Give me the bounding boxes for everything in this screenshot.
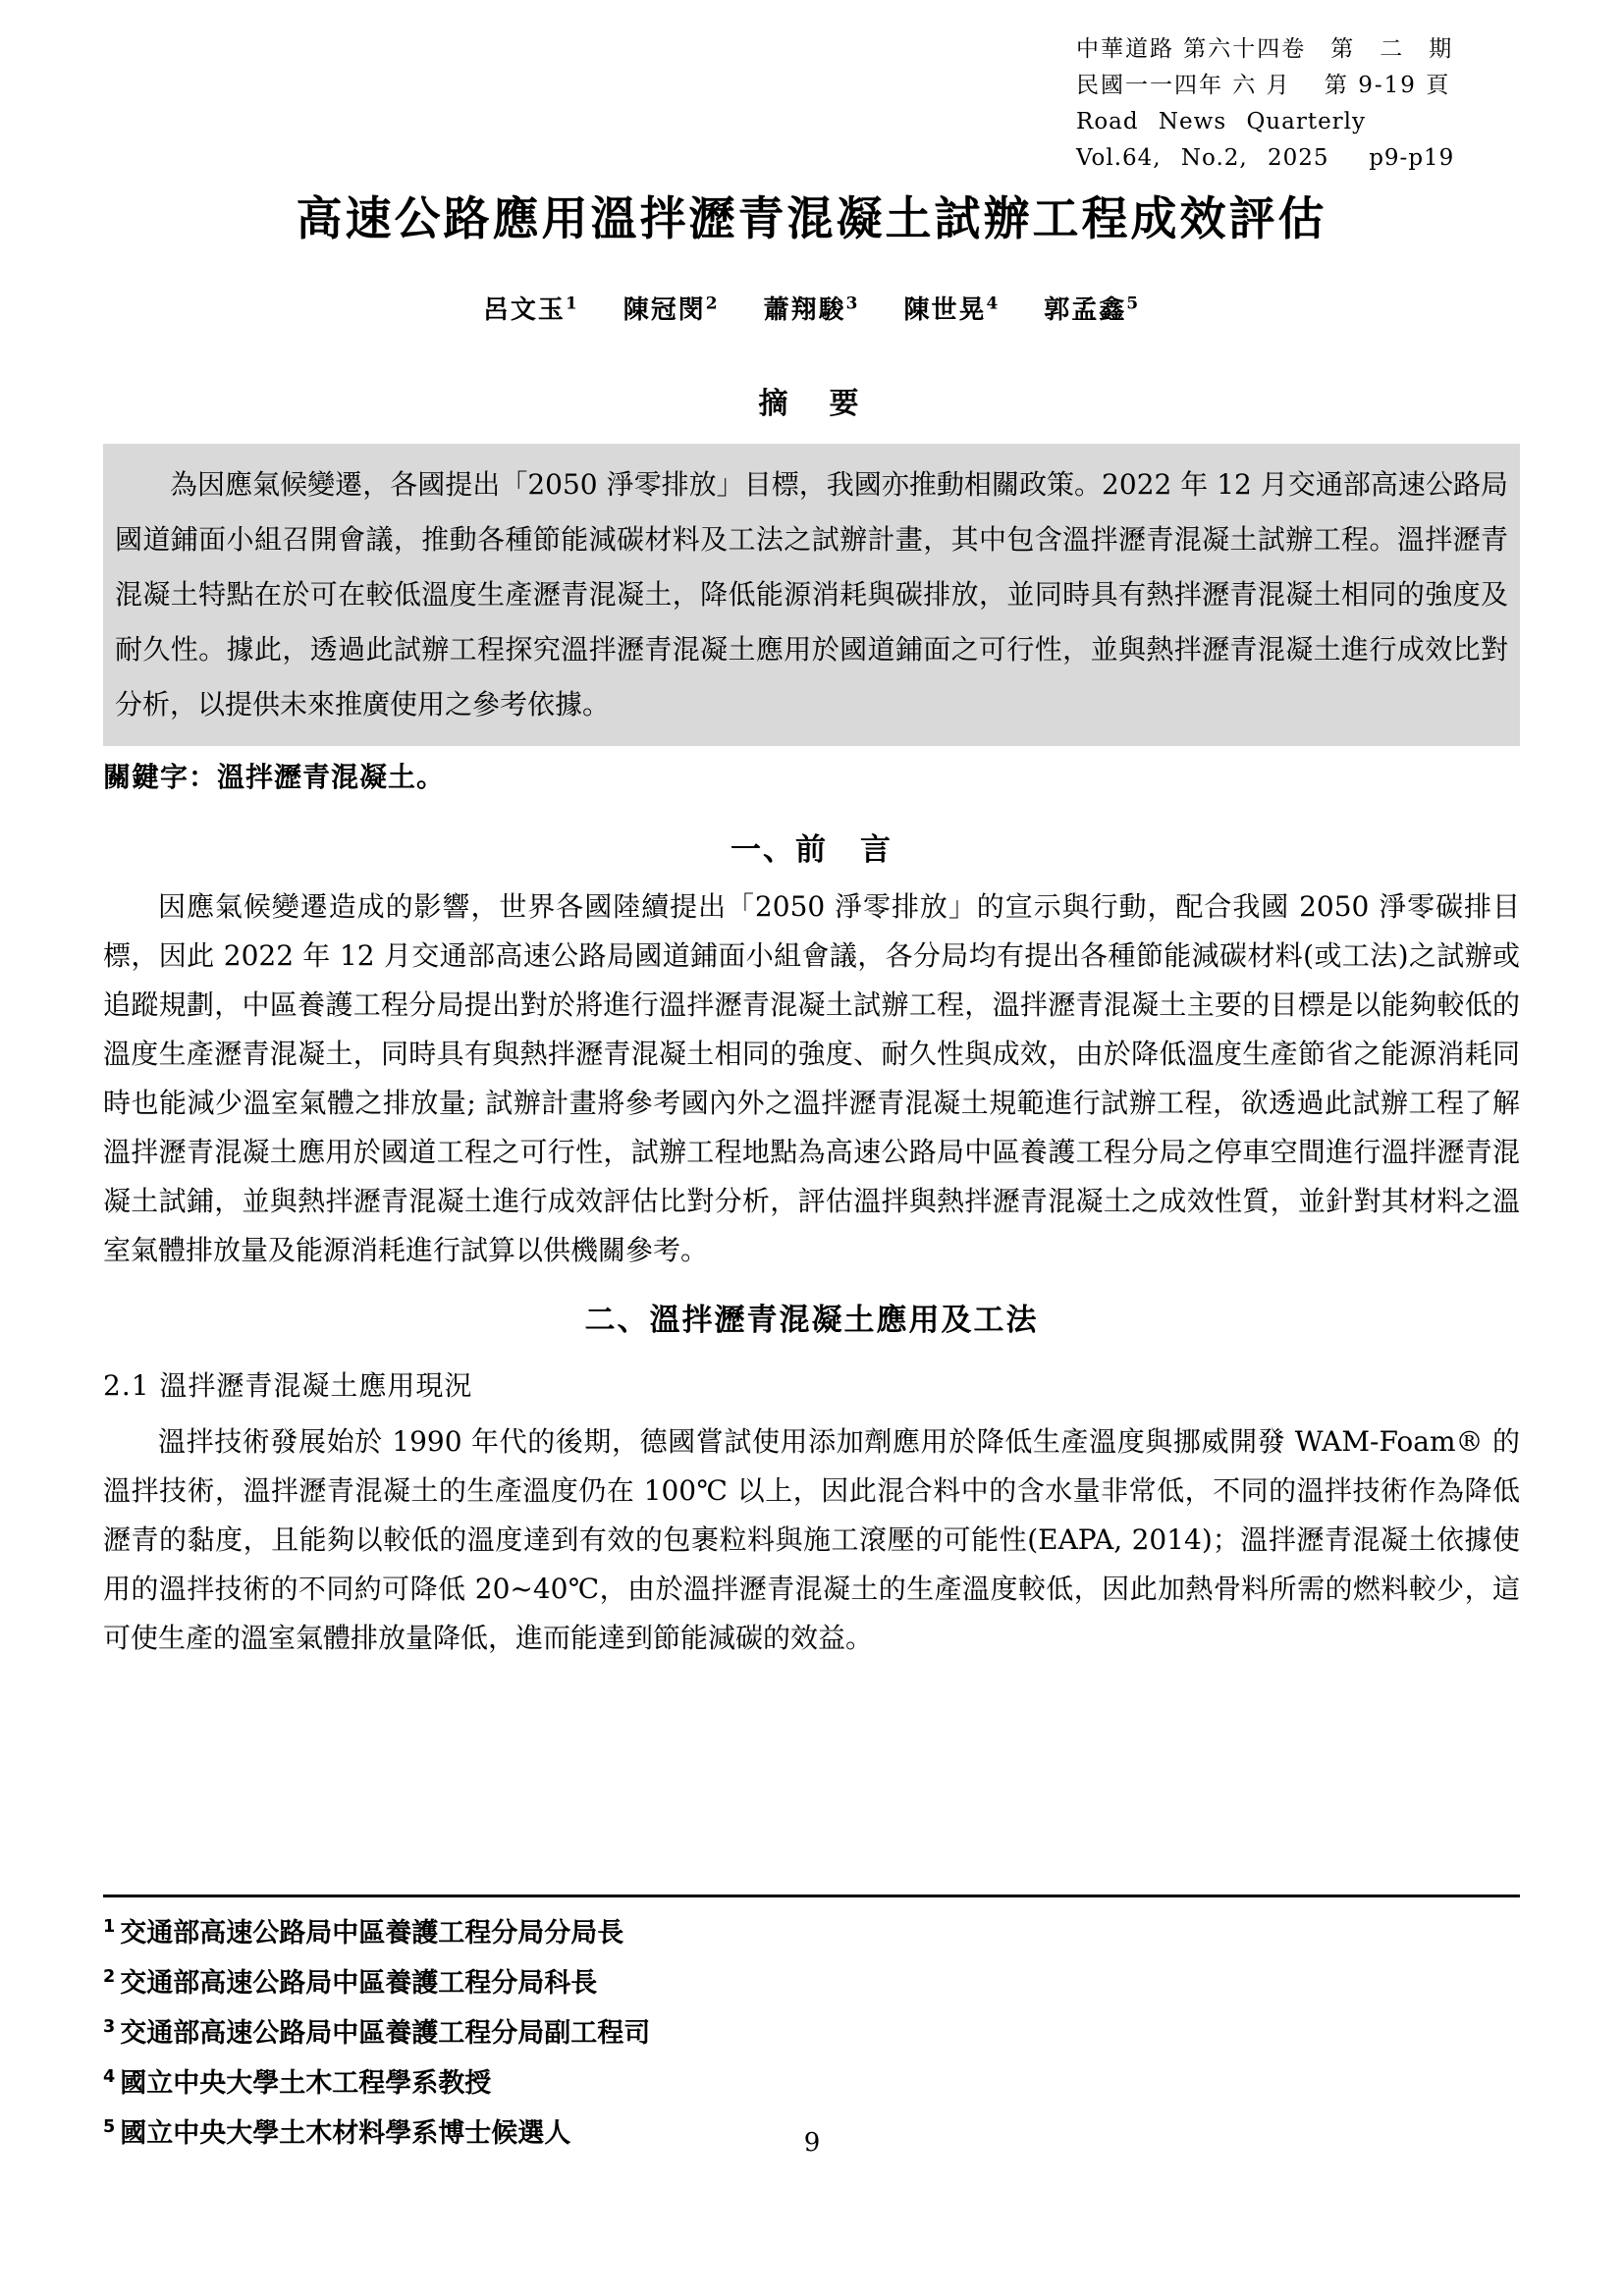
author: 陳世晃4 bbox=[903, 295, 1000, 325]
abstract-heading: 摘 要 bbox=[103, 379, 1520, 422]
keywords-line: 關鍵字：溫拌瀝青混凝土。 bbox=[103, 756, 1520, 795]
author-name: 呂文玉 bbox=[483, 295, 566, 325]
footnote-marker: 4 bbox=[103, 2067, 115, 2087]
footnote-text: 國立中央大學土木工程學系教授 bbox=[120, 2068, 491, 2099]
footnote-block: 1交通部高速公路局中區養護工程分局分局長 2交通部高速公路局中區養護工程分局科長… bbox=[103, 1895, 1520, 2156]
footnote-marker: 2 bbox=[103, 1967, 115, 1987]
paragraph-introduction: 因應氣候變遷造成的影響，世界各國陸續提出「2050 淨零排放」的宣示與行動，配合… bbox=[103, 882, 1520, 1275]
journal-date-pages: 民國一一四年 六 月 第 9-19 頁 bbox=[1076, 68, 1520, 104]
footnote-text: 交通部高速公路局中區養護工程分局科長 bbox=[120, 1968, 597, 1999]
document-page: 中華道路 第六十四卷 第 二 期 民國一一四年 六 月 第 9-19 頁 Roa… bbox=[0, 0, 1624, 2296]
author: 呂文玉1 bbox=[483, 295, 579, 325]
author: 陳冠閔2 bbox=[623, 295, 720, 325]
journal-volume-english: Vol.64, No.2, 2025 p9-p19 bbox=[1076, 140, 1520, 177]
footnote-text: 交通部高速公路局中區養護工程分局分局長 bbox=[120, 1918, 623, 1949]
journal-header: 中華道路 第六十四卷 第 二 期 民國一一四年 六 月 第 9-19 頁 Roa… bbox=[1076, 0, 1520, 177]
author-name: 陳冠閔 bbox=[623, 295, 706, 325]
author-affiliation-marker: 1 bbox=[566, 293, 579, 312]
author-affiliation-marker: 4 bbox=[986, 293, 1000, 312]
section-heading-wma-application: 二、溫拌瀝青混凝土應用及工法 bbox=[103, 1295, 1520, 1339]
footnote: 4國立中央大學土木工程學系教授 bbox=[103, 2056, 1520, 2106]
footnote-marker: 3 bbox=[103, 2017, 115, 2037]
paragraph-2-1: 溫拌技術發展始於 1990 年代的後期，德國嘗試使用添加劑應用於降低生產溫度與挪… bbox=[103, 1417, 1520, 1663]
footnote: 1交通部高速公路局中區養護工程分局分局長 bbox=[103, 1905, 1520, 1955]
paper-title: 高速公路應用溫拌瀝青混凝土試辦工程成效評估 bbox=[103, 183, 1520, 248]
author: 蕭翔駿3 bbox=[764, 295, 860, 325]
author-name: 蕭翔駿 bbox=[764, 295, 846, 325]
footnote-marker: 1 bbox=[103, 1917, 115, 1937]
footnote-text: 交通部高速公路局中區養護工程分局副工程司 bbox=[120, 2018, 650, 2049]
journal-name-english: Road News Quarterly bbox=[1076, 104, 1520, 140]
footnote: 3交通部高速公路局中區養護工程分局副工程司 bbox=[103, 2005, 1520, 2056]
author: 郭孟鑫5 bbox=[1044, 295, 1140, 325]
section-heading-introduction: 一、前 言 bbox=[103, 825, 1520, 869]
page-content: 中華道路 第六十四卷 第 二 期 民國一一四年 六 月 第 9-19 頁 Roa… bbox=[103, 0, 1520, 1890]
journal-name-volume: 中華道路 第六十四卷 第 二 期 bbox=[1076, 31, 1520, 68]
author-list: 呂文玉1 陳冠閔2 蕭翔駿3 陳世晃4 郭孟鑫5 bbox=[103, 290, 1520, 326]
footnote: 2交通部高速公路局中區養護工程分局科長 bbox=[103, 1955, 1520, 2005]
author-affiliation-marker: 3 bbox=[846, 293, 860, 312]
subsection-heading-2-1: 2.1 溫拌瀝青混凝土應用現況 bbox=[103, 1364, 1520, 1404]
author-affiliation-marker: 5 bbox=[1126, 293, 1140, 312]
page-number: 9 bbox=[0, 2128, 1624, 2158]
author-name: 陳世晃 bbox=[903, 295, 986, 325]
abstract-text: 為因應氣候變遷，各國提出「2050 淨零排放」目標，我國亦推動相關政策。2022… bbox=[103, 444, 1520, 746]
author-name: 郭孟鑫 bbox=[1044, 295, 1126, 325]
author-affiliation-marker: 2 bbox=[706, 293, 720, 312]
